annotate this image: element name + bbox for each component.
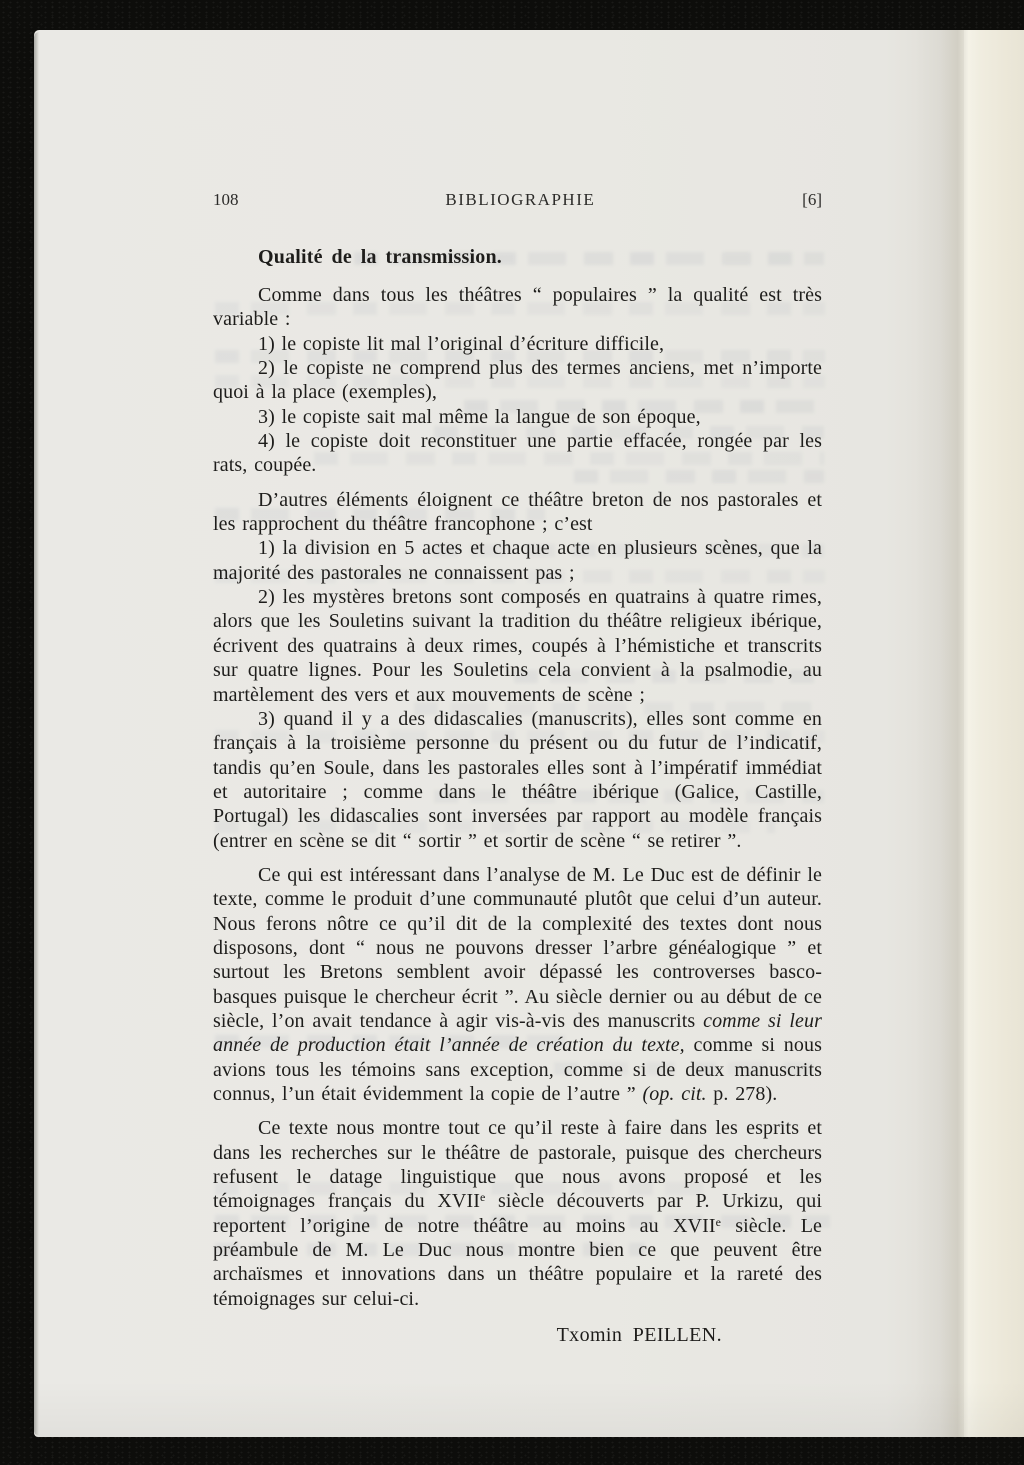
- body-paragraph: 1) le copiste lit mal l’original d’écrit…: [213, 332, 822, 356]
- page-stack-edge: [34, 32, 39, 1435]
- running-title: BIBLIOGRAPHIE: [445, 190, 595, 210]
- page-number: 108: [213, 190, 239, 210]
- body-paragraph: D’autres éléments éloignent ce théâtre b…: [213, 488, 822, 537]
- column-reference: [6]: [802, 190, 822, 210]
- body-paragraph: 3) le copiste sait mal même la langue de…: [213, 405, 822, 429]
- text-block: 108 BIBLIOGRAPHIE [6] Qualité de la tran…: [213, 30, 822, 1347]
- body-paragraphs: Comme dans tous les théâtres “ populaire…: [213, 283, 822, 1311]
- body-paragraph: 2) le copiste ne comprend plus des terme…: [213, 356, 822, 405]
- body-paragraph: 3) quand il y a des didascalies (manuscr…: [213, 707, 822, 853]
- body-paragraph: Ce qui est intéressant dans l’analyse de…: [213, 863, 822, 1106]
- scan-background: 108 BIBLIOGRAPHIE [6] Qualité de la tran…: [0, 0, 1024, 1465]
- body-paragraph: Ce texte nous montre tout ce qu’il reste…: [213, 1116, 822, 1311]
- body-paragraph: 4) le copiste doit reconstituer une part…: [213, 429, 822, 478]
- running-header: 108 BIBLIOGRAPHIE [6]: [213, 190, 822, 210]
- page-fold: [914, 30, 964, 1437]
- author-signature: Txomin PEILLEN.: [213, 1324, 822, 1347]
- body-paragraph: 1) la division en 5 actes et chaque acte…: [213, 536, 822, 585]
- section-heading: Qualité de la transmission.: [213, 246, 822, 269]
- body-paragraph: 2) les mystères bretons sont composés en…: [213, 585, 822, 707]
- book-page: 108 BIBLIOGRAPHIE [6] Qualité de la tran…: [34, 30, 1024, 1437]
- body-paragraph: Comme dans tous les théâtres “ populaire…: [213, 283, 822, 332]
